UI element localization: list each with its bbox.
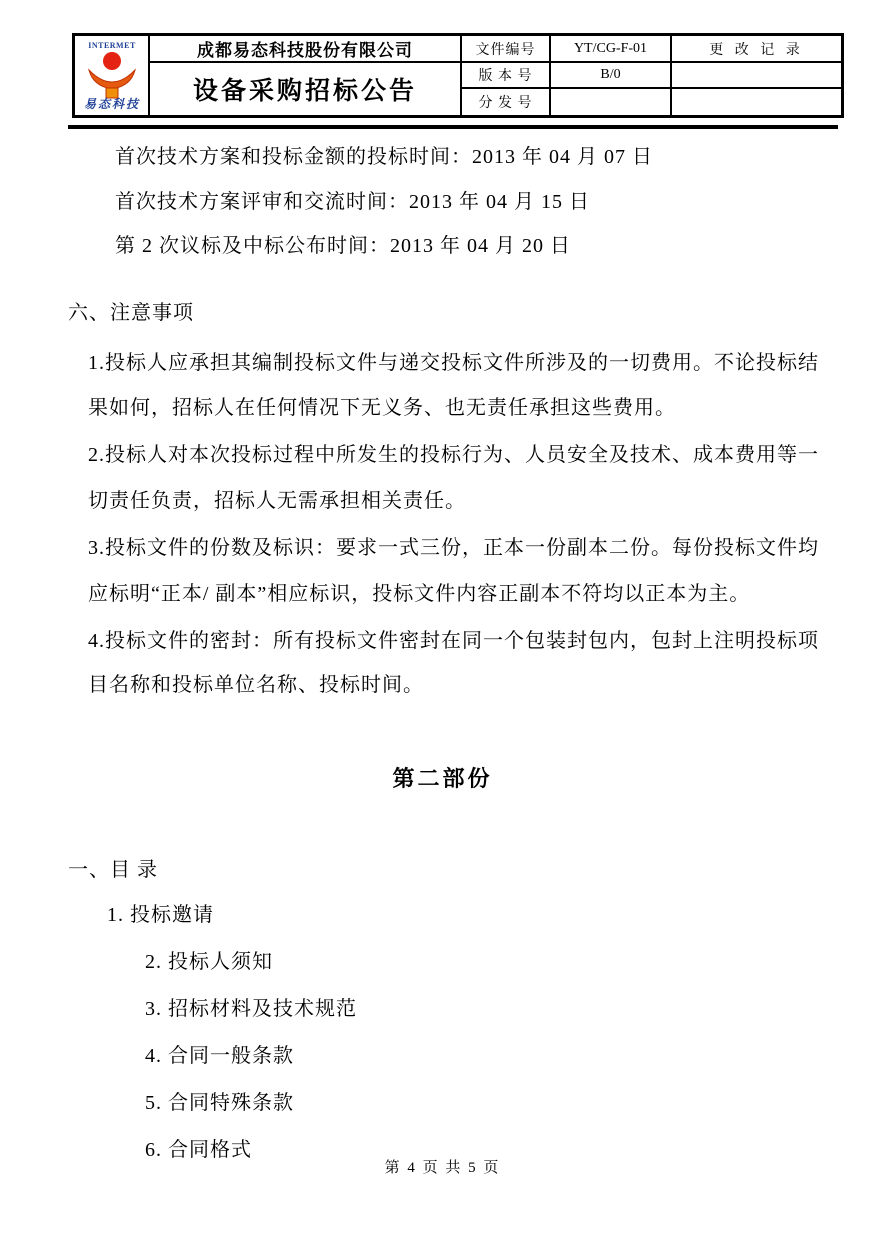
notice-section-heading: 六、注意事项 <box>68 301 194 325</box>
schedule-line-2: 首次技术方案评审和交流时间：2013 年 04 月 15 日 <box>115 190 590 214</box>
schedule-line-3: 第 2 次议标及中标公布时间：2013 年 04 月 20 日 <box>115 234 571 258</box>
change-record-header: 更 改 记 录 <box>671 35 843 63</box>
toc-item-2: 2. 投标人须知 <box>145 950 273 974</box>
logo-internet-text: INTERMET <box>88 41 136 50</box>
page-number-footer: 第 4 页 共 5 页 <box>0 1156 885 1177</box>
header-table: INTERMET 易态科技 成都易态科技股份有限公司 文件编号 YT/CG-F-… <box>72 33 844 118</box>
field-label-distribution: 分 发 号 <box>461 88 550 117</box>
note-2-line-2: 切责任负责，招标人无需承担相关责任。 <box>88 489 466 513</box>
logo-cup-icon <box>89 70 135 89</box>
logo-graphic: INTERMET 易态科技 <box>79 36 145 110</box>
toc-item-1: 1. 投标邀请 <box>107 903 214 927</box>
header-divider-rule <box>68 125 838 129</box>
field-value-distribution <box>550 88 671 117</box>
toc-item-4: 4. 合同一般条款 <box>145 1044 294 1068</box>
schedule-line-1: 首次技术方案和投标金额的投标时间：2013 年 04 月 07 日 <box>115 145 653 169</box>
field-value-doc-number: YT/CG-F-01 <box>550 35 671 63</box>
change-record-row-1 <box>671 62 843 88</box>
document-page: INTERMET 易态科技 成都易态科技股份有限公司 文件编号 YT/CG-F-… <box>0 0 885 1252</box>
field-label-doc-number: 文件编号 <box>461 35 550 63</box>
toc-heading: 一、目 录 <box>68 858 158 882</box>
note-3-line-2: 应标明“正本/ 副本”相应标识，投标文件内容正副本不符均以正本为主。 <box>88 582 750 606</box>
logo-brand-text: 易态科技 <box>83 97 139 110</box>
logo-ball-icon <box>103 52 121 70</box>
change-record-row-2 <box>671 88 843 117</box>
note-4-line-1: 4.投标文件的密封：所有投标文件密封在同一个包装封包内，包封上注明投标项 <box>88 629 819 653</box>
note-1-line-2: 果如何，招标人在任何情况下无义务、也无责任承担这些费用。 <box>88 396 676 420</box>
note-1-line-1: 1.投标人应承担其编制投标文件与递交投标文件所涉及的一切费用。不论投标结 <box>88 351 819 375</box>
part-two-title: 第二部份 <box>0 762 885 793</box>
toc-item-3: 3. 招标材料及技术规范 <box>145 997 357 1021</box>
note-4-line-2: 目名称和投标单位名称、投标时间。 <box>88 673 424 697</box>
note-3-line-1: 3.投标文件的份数及标识：要求一式三份，正本一份副本二份。每份投标文件均 <box>88 536 819 560</box>
document-title: 设备采购招标公告 <box>149 62 461 117</box>
field-label-version: 版 本 号 <box>461 62 550 88</box>
company-name: 成都易态科技股份有限公司 <box>149 35 461 63</box>
note-2-line-1: 2.投标人对本次投标过程中所发生的投标行为、人员安全及技术、成本费用等一 <box>88 443 819 467</box>
field-value-version: B/0 <box>550 62 671 88</box>
company-logo: INTERMET 易态科技 <box>74 35 150 117</box>
toc-item-5: 5. 合同特殊条款 <box>145 1091 294 1115</box>
